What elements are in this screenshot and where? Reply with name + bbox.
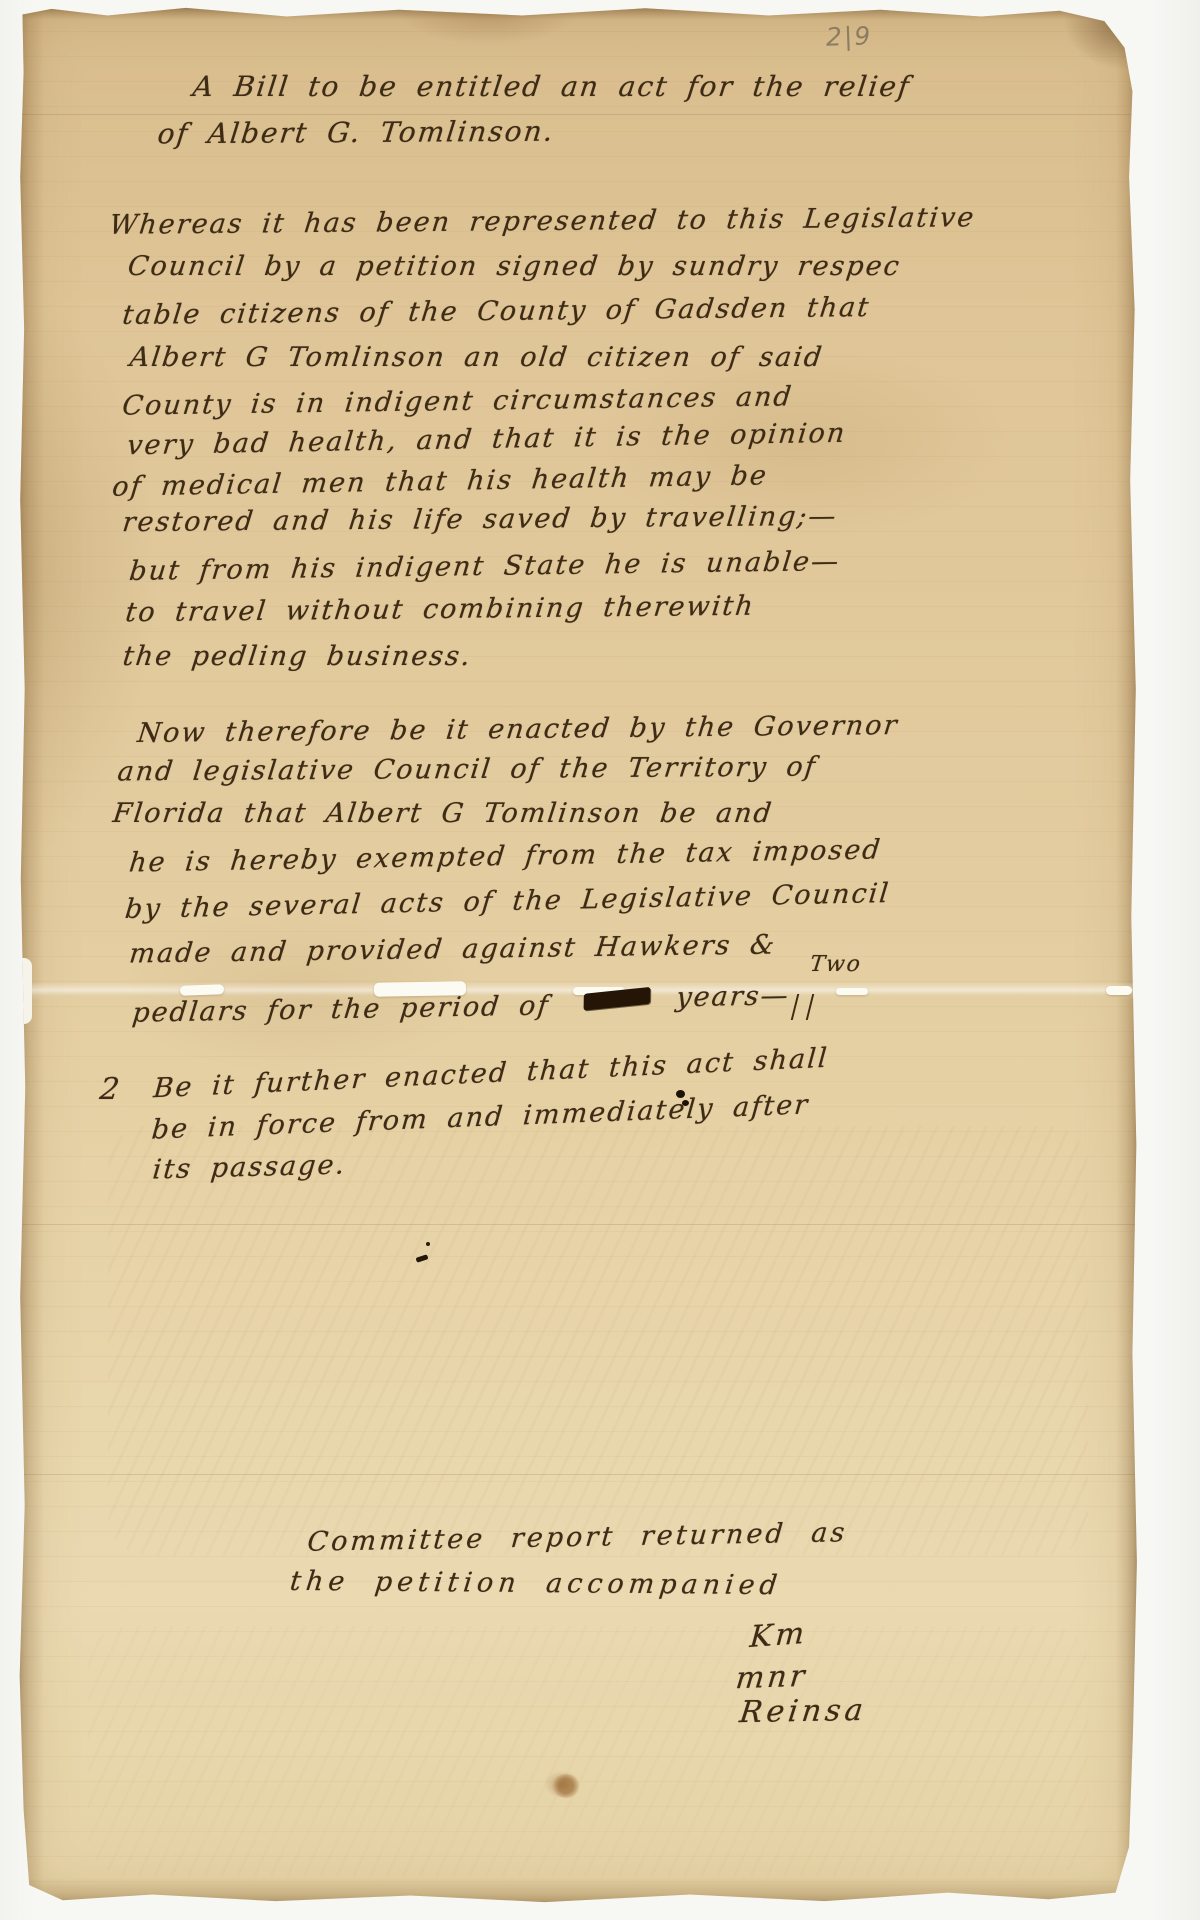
tear-gap <box>836 988 868 995</box>
endorsement-line: the petition accompanied <box>288 1566 783 1601</box>
body-line: but from his indigent State he is unable… <box>128 546 842 587</box>
body-line: Florida that Albert G Tomlinson be and <box>111 798 775 829</box>
bill-title-line: of Albert G. Tomlinson. <box>156 115 557 151</box>
body-line: County is in indigent circumstances and <box>121 381 795 421</box>
body-line: Council by a petition signed by sundry r… <box>126 251 903 282</box>
body-line: he is hereby exempted from the tax impos… <box>128 834 884 878</box>
tear-gap <box>180 984 224 996</box>
paper-stain <box>552 1774 580 1798</box>
body-line: to travel without combining therewith <box>124 591 757 629</box>
body-line: Now therefore be it enacted by the Gover… <box>136 710 900 749</box>
bill-title-line: A Bill to be entitled an act for the rel… <box>191 70 913 103</box>
ink-blot <box>676 1090 685 1098</box>
body-line: its passage. <box>151 1149 348 1185</box>
edge-tear-nick <box>14 958 32 1024</box>
signature-scrawl: Km <box>749 1616 809 1655</box>
line-prefix: pedlars for the period of <box>131 990 551 1028</box>
section-number: 2 <box>98 1072 123 1107</box>
ink-blot <box>682 1100 689 1106</box>
fold-crease <box>18 114 1138 115</box>
manuscript-page: 2|9 A Bill to be entitled an act for the… <box>18 6 1138 1904</box>
body-line: table citizens of the County of Gadsden … <box>121 292 872 331</box>
ink-bleedthrough <box>108 1126 1088 1556</box>
ink-bleedthrough <box>88 1626 1088 1876</box>
body-line: and legislative Council of the Territory… <box>116 752 819 788</box>
inserted-word: Two <box>808 952 863 977</box>
body-line: made and provided against Hawkers & <box>128 929 778 969</box>
body-line: restored and his life saved by travellin… <box>121 501 839 538</box>
body-line: Whereas it has been represented to this … <box>108 202 977 241</box>
line-suffix: years— <box>675 980 792 1013</box>
signature-scrawl: Reinsa <box>738 1693 869 1730</box>
tear-gap <box>1106 986 1132 995</box>
body-line: by the several acts of the Legislative C… <box>124 878 892 925</box>
ink-dot-mark <box>426 1242 430 1246</box>
folio-number-pencil: 2|9 <box>826 21 873 52</box>
signature-scrawl: mnr <box>734 1659 809 1696</box>
body-line: the pedling business. <box>121 641 474 672</box>
body-line: Albert G Tomlinson an old citizen of sai… <box>128 342 825 373</box>
scan-background: 2|9 A Bill to be entitled an act for the… <box>0 0 1200 1920</box>
strikeout-blot <box>584 987 651 1011</box>
body-line: of medical men that his health may be <box>111 460 770 502</box>
body-line: very bad health, and that it is the opin… <box>126 418 848 462</box>
